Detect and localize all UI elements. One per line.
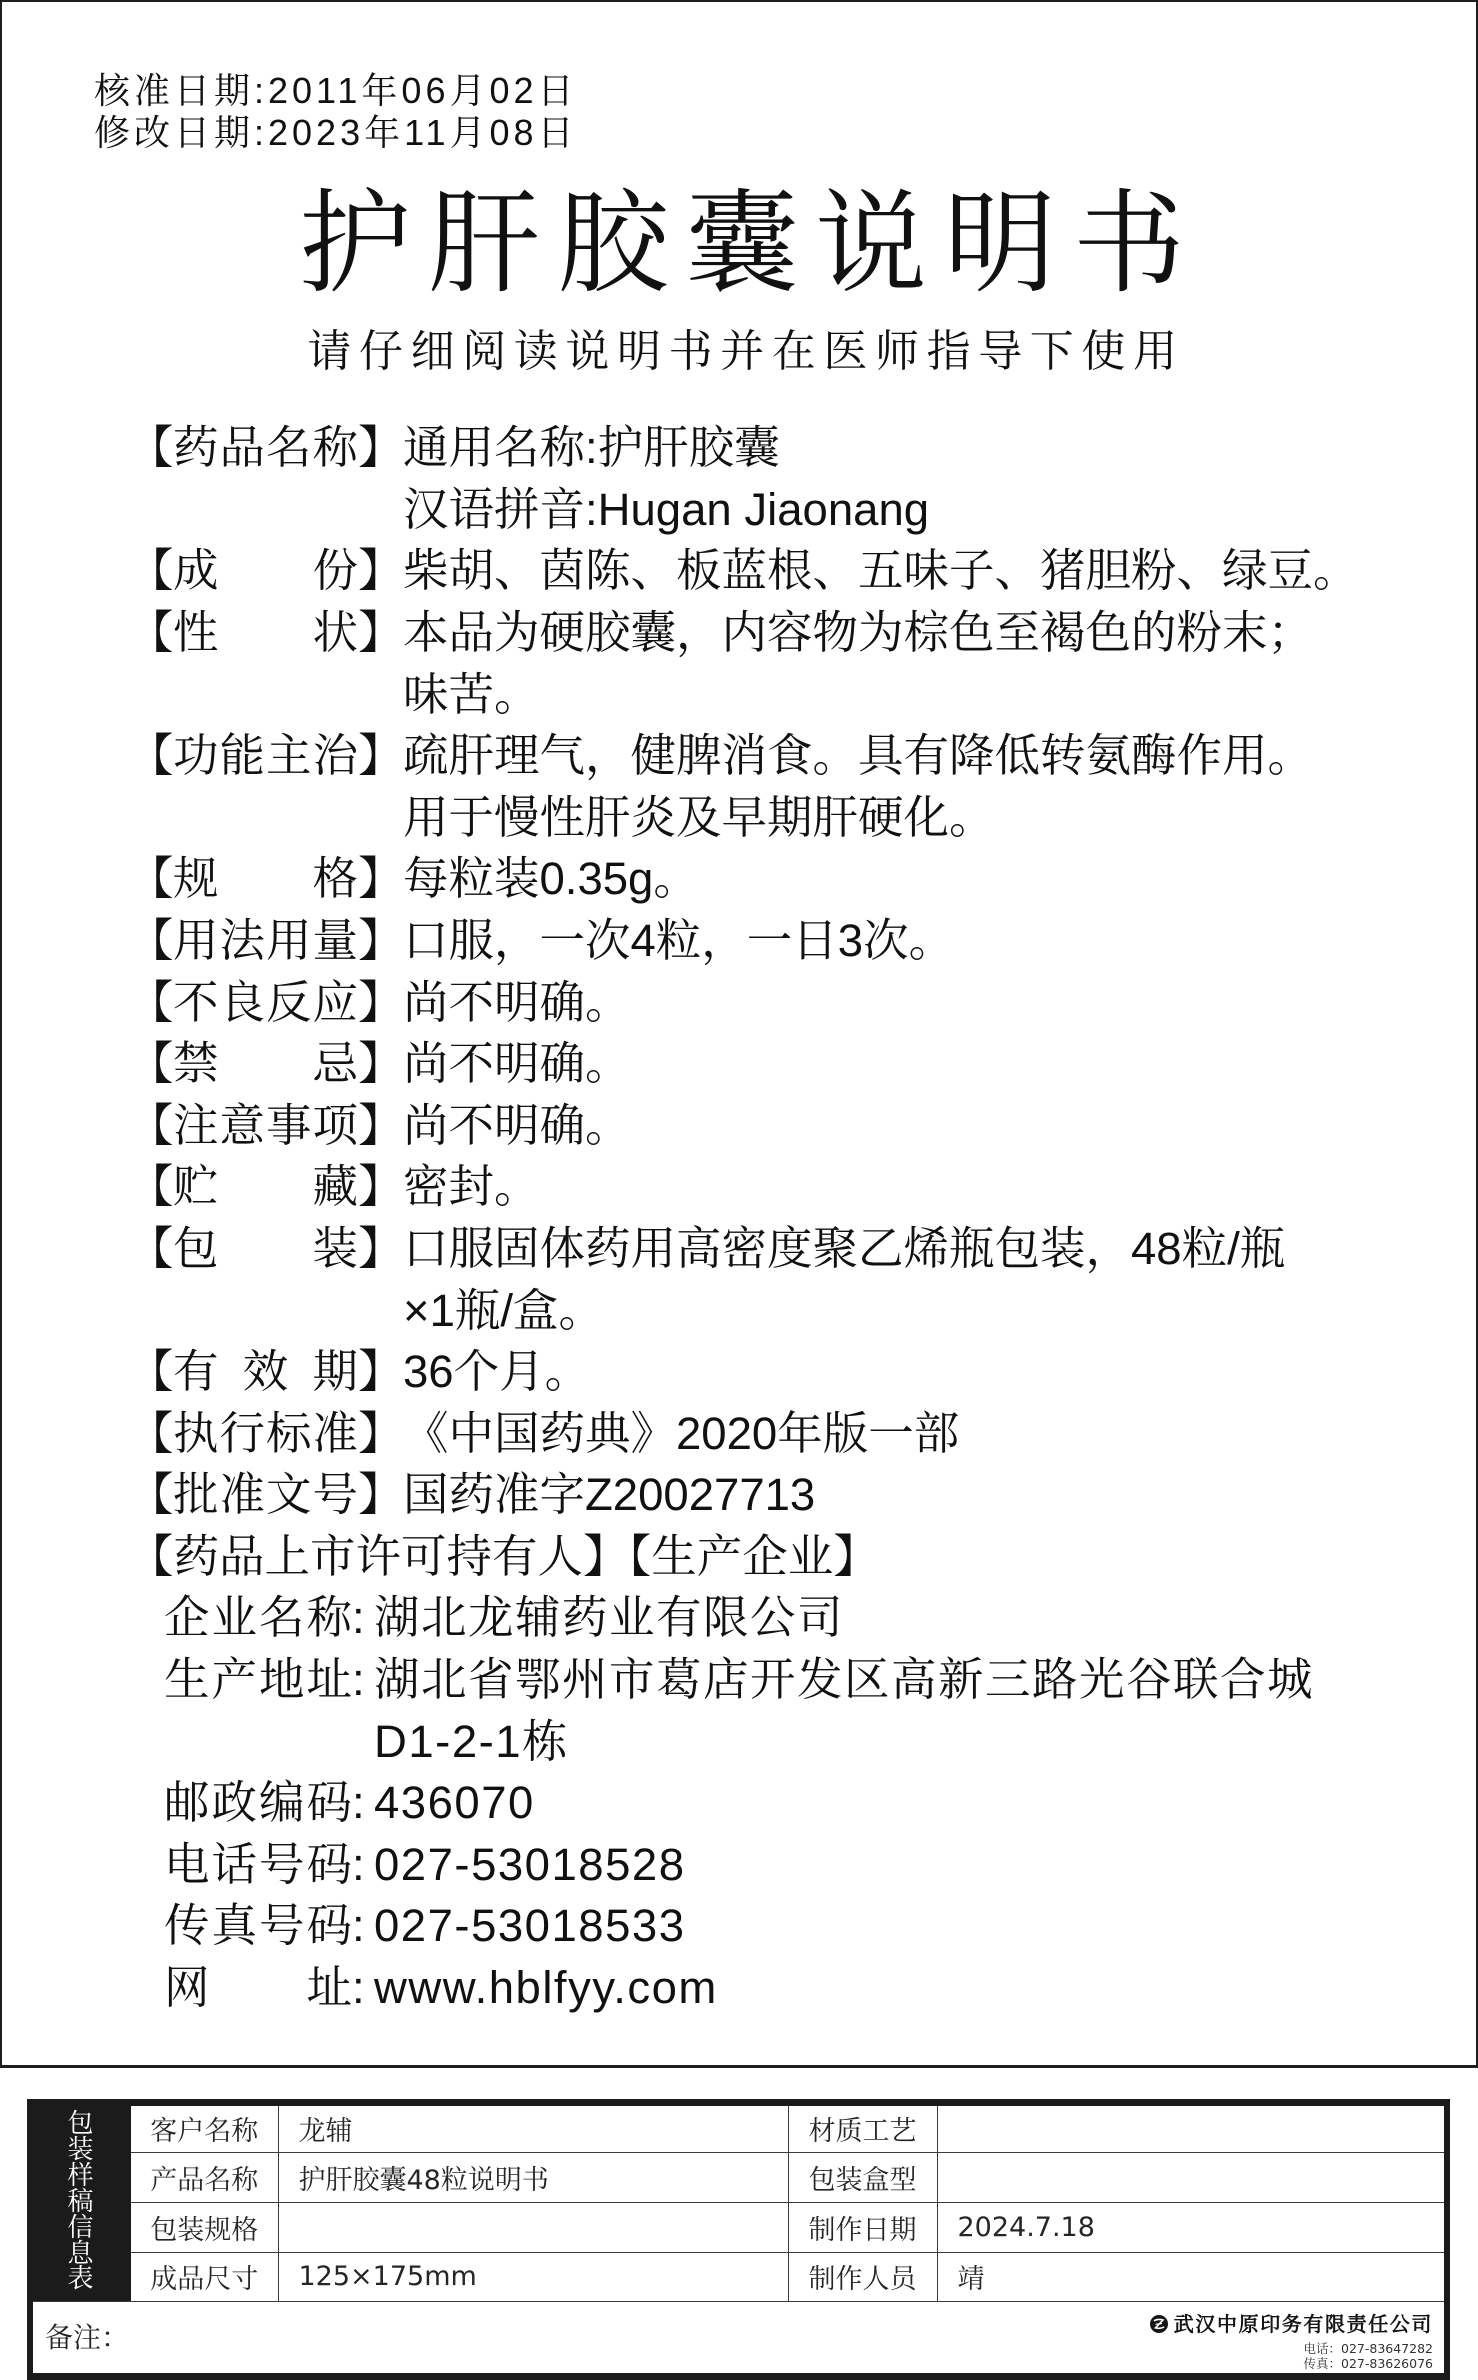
printer-name: 武汉中原印务有限责任公司 xyxy=(1174,2312,1433,2336)
approval-date: 核准日期:2011年06月02日 xyxy=(94,70,578,112)
cell-value: 龙辅 xyxy=(278,2106,788,2152)
bracket-close: 】 xyxy=(358,1033,403,1095)
sheet-side-title: 包装样稿信息表 xyxy=(67,2112,94,2293)
section-value: 《中国药典》2020年版一部 xyxy=(403,1403,959,1465)
field-value: 湖北龙辅药业有限公司 xyxy=(374,1587,844,1649)
field-separator: : xyxy=(352,1957,374,2019)
section-label-text: 药品名称 xyxy=(173,417,358,479)
field-address-line-2: D1-2-1栋 xyxy=(128,1711,1448,1773)
section-value: 味苦。 xyxy=(403,664,540,726)
cell-label: 客户名称 xyxy=(131,2106,278,2152)
bracket-close: 】 xyxy=(358,1464,403,1526)
field-separator: : xyxy=(352,1649,374,1711)
section-label-text: 包装 xyxy=(173,1218,358,1280)
proof-info-sheet: 包装样稿信息表 客户名称 龙辅 材质工艺 产品名称 护肝胶囊48粒说明书 包装盒… xyxy=(27,2099,1450,2380)
section-label: 【 用法用量 】 xyxy=(128,910,403,972)
bracket-open: 【 xyxy=(128,725,173,787)
bracket-open: 【 xyxy=(128,602,173,664)
field-label: 邮政编码 xyxy=(164,1772,352,1834)
section-label-text: 禁忌 xyxy=(173,1033,358,1095)
section-label: 【 功能主治 】 xyxy=(128,725,403,787)
field-label: 电话号码 xyxy=(164,1834,352,1896)
bracket-open: 【 xyxy=(128,910,173,972)
section-indications: 【 功能主治 】 疏肝理气，健脾消食。具有降低转氨酶作用。 xyxy=(128,725,1448,787)
section-label-text: 注意事项 xyxy=(173,1095,358,1157)
section-label-text: 成份 xyxy=(173,540,358,602)
cell-value xyxy=(278,2202,788,2252)
section-label-text: 用法用量 xyxy=(173,910,358,972)
field-label: 网址 xyxy=(164,1957,352,2019)
section-value: 36个月。 xyxy=(403,1341,590,1403)
page-subtitle: 请仔细阅读说明书并在医师指导下使用 xyxy=(0,327,1478,377)
section-label-text: 性状 xyxy=(173,602,358,664)
cell-value: 2024.7.18 xyxy=(937,2202,1444,2252)
section-precautions: 【 注意事项 】 尚不明确。 xyxy=(128,1095,1448,1157)
section-contraindications: 【 禁忌 】 尚不明确。 xyxy=(128,1033,1448,1095)
bracket-close: 】 xyxy=(358,848,403,910)
cell-label: 制作人员 xyxy=(788,2252,937,2301)
sheet-grid: 客户名称 龙辅 材质工艺 产品名称 护肝胶囊48粒说明书 包装盒型 包装规格 制… xyxy=(131,2106,1444,2301)
bracket-open: 【 xyxy=(128,1218,173,1280)
section-label: 【 批准文号 】 xyxy=(128,1464,403,1526)
bracket-close: 】 xyxy=(358,1156,403,1218)
field-company-name: 企业名称 : 湖北龙辅药业有限公司 xyxy=(128,1587,1448,1649)
table-row: 成品尺寸 125×175mm 制作人员 靖 xyxy=(131,2252,1444,2301)
cell-value: 护肝胶囊48粒说明书 xyxy=(278,2152,788,2202)
cell-value xyxy=(937,2106,1444,2152)
remark-label: 备注： xyxy=(45,2320,129,2356)
section-indications-line-2: 用于慢性肝炎及早期肝硬化。 xyxy=(128,787,1448,849)
section-value: 口服固体药用高密度聚乙烯瓶包装，48粒/瓶 xyxy=(403,1218,1285,1280)
section-package-line-2: ×1瓶/盒。 xyxy=(128,1280,1448,1342)
cell-value: 125×175mm xyxy=(278,2252,788,2301)
bracket-open: 【 xyxy=(128,1095,173,1157)
section-drug-name: 【 药品名称 】 通用名称:护肝胶囊 xyxy=(128,417,1448,479)
section-package: 【 包装 】 口服固体药用高密度聚乙烯瓶包装，48粒/瓶 xyxy=(128,1218,1448,1280)
table-row: 包装规格 制作日期 2024.7.18 xyxy=(131,2202,1444,2252)
section-label: 【 执行标准 】 xyxy=(128,1403,403,1465)
bracket-close: 】 xyxy=(358,910,403,972)
field-separator: : xyxy=(352,1834,374,1896)
field-fax: 传真号码 : 027-53018533 xyxy=(128,1895,1448,1957)
section-value: 国药准字Z20027713 xyxy=(403,1464,815,1526)
section-specification: 【 规格 】 每粒装0.35g。 xyxy=(128,848,1448,910)
cell-label: 包装盒型 xyxy=(788,2152,937,2202)
field-value: www.hblfyy.com xyxy=(374,1957,718,2019)
section-drug-name-line-2: 汉语拼音:Hugan Jiaonang xyxy=(128,479,1448,541)
field-website: 网址 : www.hblfyy.com xyxy=(128,1957,1448,2019)
section-value: 通用名称:护肝胶囊 xyxy=(403,417,780,479)
section-label-text: 功能主治 xyxy=(173,725,358,787)
cell-label: 成品尺寸 xyxy=(131,2252,278,2301)
section-label-text: 不良反应 xyxy=(173,972,358,1034)
bracket-open: 【 xyxy=(128,1033,173,1095)
leaflet-body: 【 药品名称 】 通用名称:护肝胶囊 汉语拼音:Hugan Jiaonang 【… xyxy=(128,417,1448,2018)
section-label: 【 性状 】 xyxy=(128,602,403,664)
page-title: 护肝胶囊说明书 xyxy=(0,184,1478,304)
field-value: 湖北省鄂州市葛店开发区高新三路光谷联合城 xyxy=(374,1649,1314,1711)
cell-value xyxy=(937,2152,1444,2202)
section-label: 【 禁忌 】 xyxy=(128,1033,403,1095)
field-postal-code: 邮政编码 : 436070 xyxy=(128,1772,1448,1834)
section-label: 【 不良反应 】 xyxy=(128,972,403,1034)
cell-label: 材质工艺 xyxy=(788,2106,937,2152)
section-label-text: 批准文号 xyxy=(173,1464,358,1526)
section-label: 【 注意事项 】 xyxy=(128,1095,403,1157)
section-label-text: 执行标准 xyxy=(173,1403,358,1465)
section-description: 【 性状 】 本品为硬胶囊，内容物为棕色至褐色的粉末； xyxy=(128,602,1448,664)
printer-logo-icon xyxy=(1150,2315,1168,2333)
bracket-close: 】 xyxy=(358,417,403,479)
bracket-close: 】 xyxy=(358,1403,403,1465)
section-value: 口服，一次4粒，一日3次。 xyxy=(403,910,954,972)
section-value: 尚不明确。 xyxy=(403,1095,631,1157)
section-label: 【 药品名称 】 xyxy=(128,417,403,479)
field-separator: : xyxy=(352,1895,374,1957)
table-row: 客户名称 龙辅 材质工艺 xyxy=(131,2106,1444,2152)
field-label: 生产地址 xyxy=(164,1649,352,1711)
section-ingredients: 【 成份 】 柴胡、茵陈、板蓝根、五味子、猪胆粉、绿豆。 xyxy=(128,540,1448,602)
bracket-close: 】 xyxy=(358,1095,403,1157)
section-value: 汉语拼音:Hugan Jiaonang xyxy=(403,479,929,541)
printer-stamp: 武汉中原印务有限责任公司 电话：027-83647282 传真：027-8362… xyxy=(1150,2312,1433,2371)
section-value: 本品为硬胶囊，内容物为棕色至褐色的粉末； xyxy=(403,602,1313,664)
field-value: D1-2-1栋 xyxy=(374,1711,569,1773)
section-value: 密封。 xyxy=(403,1156,540,1218)
printer-fax: 传真：027-83626076 xyxy=(1150,2356,1433,2371)
section-standard: 【 执行标准 】 《中国药典》2020年版一部 xyxy=(128,1403,1448,1465)
section-dosage: 【 用法用量 】 口服，一次4粒，一日3次。 xyxy=(128,910,1448,972)
bracket-open: 【 xyxy=(128,1464,173,1526)
bracket-close: 】 xyxy=(358,1341,403,1403)
section-label: 【 包装 】 xyxy=(128,1218,403,1280)
bracket-open: 【 xyxy=(128,848,173,910)
bracket-open: 【 xyxy=(128,972,173,1034)
sheet-table: 客户名称 龙辅 材质工艺 产品名称 护肝胶囊48粒说明书 包装盒型 包装规格 制… xyxy=(131,2106,1444,2301)
bracket-open: 【 xyxy=(128,540,173,602)
field-label: 传真号码 xyxy=(164,1895,352,1957)
section-value: 尚不明确。 xyxy=(403,972,631,1034)
section-label: 【 有效期 】 xyxy=(128,1341,403,1403)
section-label: 【 规格 】 xyxy=(128,848,403,910)
section-value: ×1瓶/盒。 xyxy=(403,1280,604,1342)
section-adverse-reactions: 【 不良反应 】 尚不明确。 xyxy=(128,972,1448,1034)
cell-value: 靖 xyxy=(937,2252,1444,2301)
field-value: 436070 xyxy=(374,1772,535,1834)
field-value: 027-53018533 xyxy=(374,1895,686,1957)
section-shelf-life: 【 有效期 】 36个月。 xyxy=(128,1341,1448,1403)
cell-label: 制作日期 xyxy=(788,2202,937,2252)
section-storage: 【 贮藏 】 密封。 xyxy=(128,1156,1448,1218)
section-value: 尚不明确。 xyxy=(403,1033,631,1095)
section-description-line-2: 味苦。 xyxy=(128,664,1448,726)
bracket-close: 】 xyxy=(358,540,403,602)
section-label-text: 贮藏 xyxy=(173,1156,358,1218)
field-separator: : xyxy=(352,1587,374,1649)
revision-date: 修改日期:2023年11月08日 xyxy=(94,112,578,154)
field-value: 027-53018528 xyxy=(374,1834,686,1896)
section-label-text: 规格 xyxy=(173,848,358,910)
bracket-open: 【 xyxy=(128,1403,173,1465)
bracket-close: 】 xyxy=(358,725,403,787)
bracket-open: 【 xyxy=(128,417,173,479)
bracket-open: 【 xyxy=(128,1341,173,1403)
field-label: 企业名称 xyxy=(164,1587,352,1649)
cell-label: 包装规格 xyxy=(131,2202,278,2252)
section-value: 用于慢性肝炎及早期肝硬化。 xyxy=(403,787,995,849)
printer-phone: 电话：027-83647282 xyxy=(1150,2341,1433,2356)
field-phone: 电话号码 : 027-53018528 xyxy=(128,1834,1448,1896)
section-approval-number: 【 批准文号 】 国药准字Z20027713 xyxy=(128,1464,1448,1526)
field-separator: : xyxy=(352,1772,374,1834)
bracket-close: 】 xyxy=(358,1218,403,1280)
remark-row: 备注： 武汉中原印务有限责任公司 电话：027-83647282 传真：027-… xyxy=(33,2301,1444,2373)
bracket-close: 】 xyxy=(358,972,403,1034)
section-value: 疏肝理气，健脾消食。具有降低转氨酶作用。 xyxy=(403,725,1313,787)
field-address: 生产地址 : 湖北省鄂州市葛店开发区高新三路光谷联合城 xyxy=(128,1649,1448,1711)
section-value: 每粒装0.35g。 xyxy=(403,848,699,910)
bracket-close: 】 xyxy=(358,602,403,664)
section-label-text: 有效期 xyxy=(173,1341,358,1403)
section-value: 柴胡、茵陈、板蓝根、五味子、猪胆粉、绿豆。 xyxy=(403,540,1359,602)
bracket-open: 【 xyxy=(128,1156,173,1218)
cell-label: 产品名称 xyxy=(131,2152,278,2202)
section-label: 【 贮藏 】 xyxy=(128,1156,403,1218)
section-label: 【 成份 】 xyxy=(128,540,403,602)
date-block: 核准日期:2011年06月02日 修改日期:2023年11月08日 xyxy=(94,70,578,154)
table-row: 产品名称 护肝胶囊48粒说明书 包装盒型 xyxy=(131,2152,1444,2202)
manufacturer-heading: 【药品上市许可持有人】【生产企业】 xyxy=(128,1526,1448,1588)
